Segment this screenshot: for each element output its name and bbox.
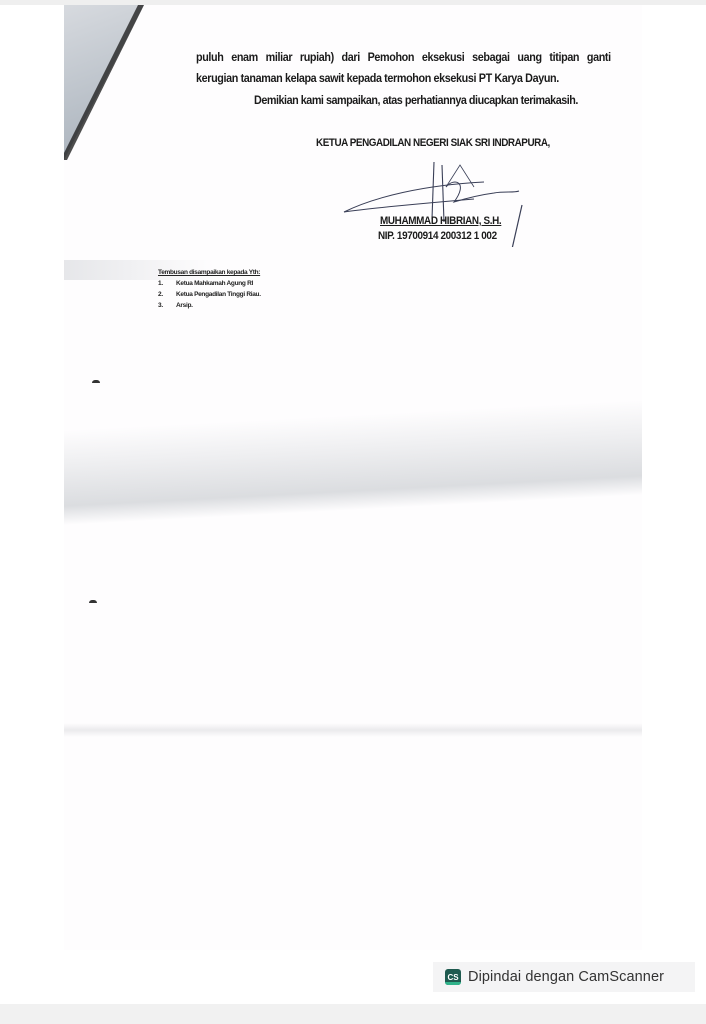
closing-statement: Demikian kami sampaikan, atas perhatiann… xyxy=(254,94,578,107)
carbon-copy-item: 3. Arsip. xyxy=(158,300,261,311)
signatory-nip: NIP. 19700914 200312 1 002 xyxy=(378,230,497,242)
paragraph-line: puluh enam miliar rupiah) dari Pemohon e… xyxy=(196,47,611,68)
fold-shadow xyxy=(64,400,642,525)
item-number: 2. xyxy=(158,289,176,300)
carbon-copy-item: 1. Ketua Mahkamah Agung RI xyxy=(158,278,261,289)
carbon-copy-item: 2. Ketua Pengadilan Tinggi Riau. xyxy=(158,289,261,300)
item-number: 1. xyxy=(158,278,176,289)
scanned-page: puluh enam miliar rupiah) dari Pemohon e… xyxy=(64,5,642,950)
paragraph-line: kerugian tanaman kelapa sawit kepada ter… xyxy=(196,68,585,89)
signatory-title: KETUA PENGADILAN NEGERI SIAK SRI INDRAPU… xyxy=(316,137,550,149)
carbon-copy-list: Tembusan disampaikan kepada Yth: 1. Ketu… xyxy=(158,267,261,311)
camscanner-logo-icon: CS xyxy=(445,969,461,985)
signatory-name: MUHAMMAD HIBRIAN, S.H. xyxy=(380,215,501,227)
item-label: Ketua Mahkamah Agung RI xyxy=(176,278,253,289)
carbon-copy-heading: Tembusan disampaikan kepada Yth: xyxy=(158,267,261,278)
watermark-text: Dipindai dengan CamScanner xyxy=(468,969,664,985)
scan-speck xyxy=(92,380,100,383)
camscanner-watermark: CS Dipindai dengan CamScanner xyxy=(433,962,695,992)
bottom-band xyxy=(0,1004,706,1024)
item-number: 3. xyxy=(158,300,176,311)
item-label: Ketua Pengadilan Tinggi Riau. xyxy=(176,289,261,300)
item-label: Arsip. xyxy=(176,300,193,311)
scan-speck xyxy=(89,600,97,603)
fold-line xyxy=(64,723,642,737)
